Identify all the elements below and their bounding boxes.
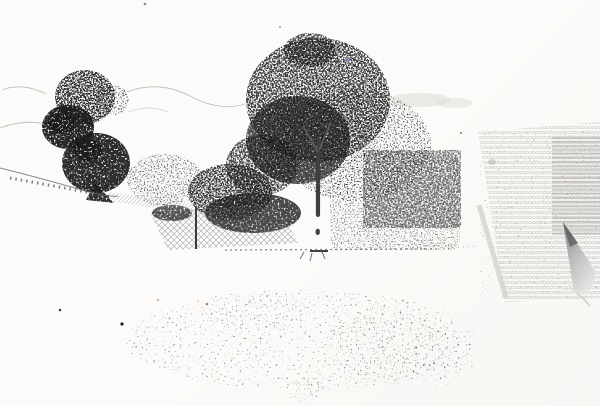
- speck: [59, 309, 61, 311]
- central-tree-trunk: [317, 140, 319, 252]
- hedge-block: [363, 150, 461, 228]
- rust-fleck: [157, 299, 159, 301]
- left-tree: [42, 70, 130, 203]
- speck: [120, 322, 123, 325]
- speck: [144, 3, 147, 6]
- sketch-canvas: [0, 0, 600, 406]
- small-speck: [460, 132, 462, 134]
- rust-fleck: [206, 303, 209, 306]
- sketch-image: [0, 0, 600, 406]
- base-tufts: [300, 252, 325, 261]
- purple-fleck: [344, 57, 349, 62]
- purple-fleck: [351, 63, 354, 66]
- gray-smudge: [488, 159, 496, 165]
- hill-smudge: [437, 98, 473, 108]
- fence-hatch: [150, 204, 298, 250]
- speck: [279, 26, 281, 28]
